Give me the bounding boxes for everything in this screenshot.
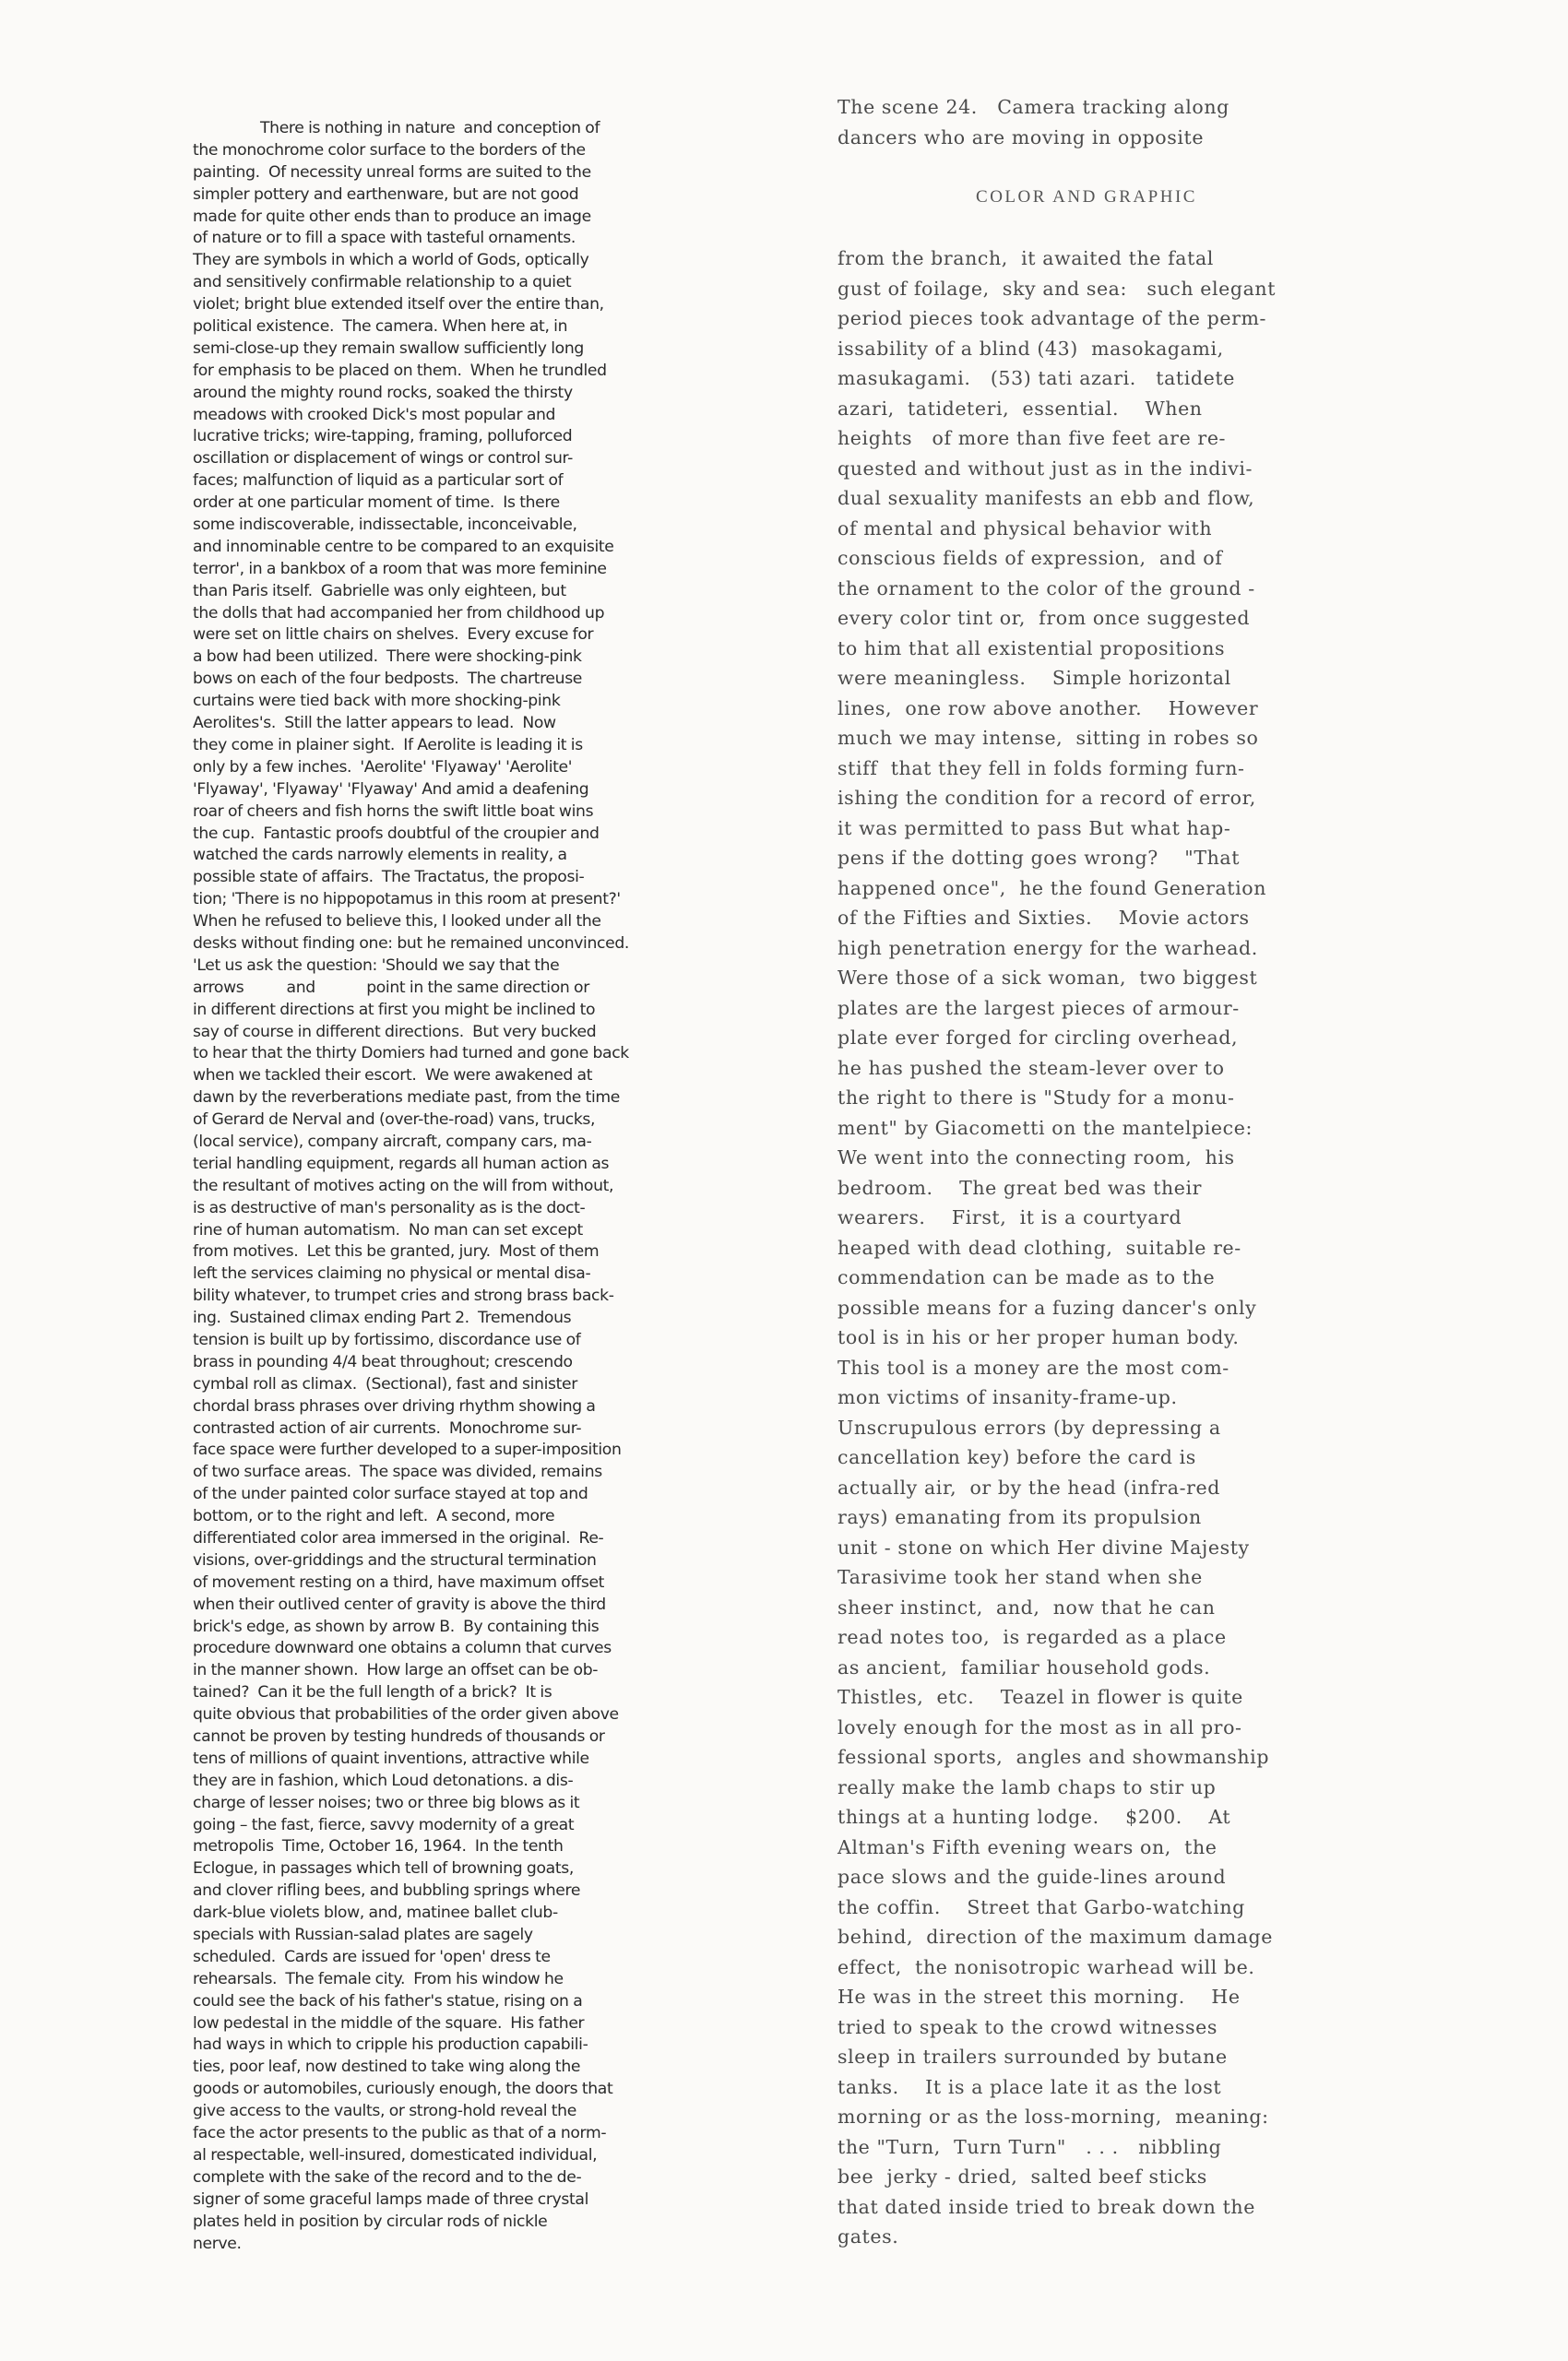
text-line: gates. bbox=[837, 2222, 1354, 2252]
text-line: Tarasivime took her stand when she bbox=[837, 1562, 1354, 1593]
text-line: he has pushed the steam-lever over to bbox=[837, 1053, 1354, 1084]
text-line: tained? Can it be the full length of a b… bbox=[193, 1682, 709, 1704]
text-line: rine of human automatism. No man can set… bbox=[193, 1220, 709, 1242]
text-line: from motives. Let this be granted, jury.… bbox=[193, 1241, 709, 1264]
text-line: ing. Sustained climax ending Part 2. Tre… bbox=[193, 1308, 709, 1330]
text-line: heaped with dead clothing, suitable re- bbox=[837, 1233, 1354, 1264]
text-line: the coffin. Street that Garbo-watching bbox=[837, 1892, 1354, 1923]
text-line: dual sexuality manifests an ebb and flow… bbox=[837, 483, 1354, 514]
text-line: sheer instinct, and, now that he can bbox=[837, 1593, 1354, 1623]
text-line: commendation can be made as to the bbox=[837, 1263, 1354, 1293]
text-line: watched the cards narrowly elements in r… bbox=[193, 845, 709, 867]
text-line: terial handling equipment, regards all h… bbox=[193, 1154, 709, 1176]
text-line: of nature or to fill a space with tastef… bbox=[193, 228, 709, 250]
text-line: When he refused to believe this, I looke… bbox=[193, 911, 709, 933]
text-line: terror', in a bankbox of a room that was… bbox=[193, 559, 709, 581]
text-line: face space were further developed to a s… bbox=[193, 1440, 709, 1462]
text-line: cannot be proven by testing hundreds of … bbox=[193, 1726, 709, 1749]
text-line: There is nothing in nature and conceptio… bbox=[193, 118, 709, 140]
text-line: cymbal roll as climax. (Sectional), fast… bbox=[193, 1374, 709, 1396]
text-line: azari, tatideteri, essential. When bbox=[837, 394, 1354, 424]
text-line: possible state of affairs. The Tractatus… bbox=[193, 867, 709, 889]
text-line: every color tint or, from once suggested bbox=[837, 603, 1354, 634]
text-line: issability of a blind (43) masokagami, bbox=[837, 334, 1354, 364]
text-line: tried to speak to the crowd witnesses bbox=[837, 2012, 1354, 2043]
text-line: in the manner shown. How large an offset… bbox=[193, 1660, 709, 1682]
text-line: of Gerard de Nerval and (over-the-road) … bbox=[193, 1109, 709, 1132]
text-line: it was permitted to pass But what hap- bbox=[837, 813, 1354, 844]
text-line: plates held in position by circular rods… bbox=[193, 2212, 709, 2234]
text-line: arrows and point in the same direction o… bbox=[193, 978, 709, 1000]
text-line: as ancient, familiar household gods. bbox=[837, 1653, 1354, 1683]
text-line: oscillation or displacement of wings or … bbox=[193, 448, 709, 470]
left-text-column: There is nothing in nature and conceptio… bbox=[193, 118, 709, 2255]
text-line: is as destructive of man's personality a… bbox=[193, 1198, 709, 1220]
text-line: of two surface areas. The space was divi… bbox=[193, 1462, 709, 1484]
text-line: from the branch, it awaited the fatal bbox=[837, 243, 1354, 274]
text-line: the "Turn, Turn Turn" . . . nibbling bbox=[837, 2132, 1354, 2163]
text-line: curtains were tied back with more shocki… bbox=[193, 691, 709, 713]
text-line: possible means for a fuzing dancer's onl… bbox=[837, 1293, 1354, 1323]
text-line: dark-blue violets blow, and, matinee bal… bbox=[193, 1903, 709, 1925]
text-line: brick's edge, as shown by arrow B. By co… bbox=[193, 1617, 709, 1639]
text-line: of movement resting on a third, have max… bbox=[193, 1572, 709, 1595]
text-line: happened once", he the found Generation bbox=[837, 873, 1354, 904]
text-line: to hear that the thirty Domiers had turn… bbox=[193, 1043, 709, 1065]
text-line: This tool is a money are the most com- bbox=[837, 1353, 1354, 1383]
text-line: ment" by Giacometti on the mantelpiece: bbox=[837, 1113, 1354, 1144]
text-line: painting. Of necessity unreal forms are … bbox=[193, 162, 709, 184]
text-line: and clover rifling bees, and bubbling sp… bbox=[193, 1880, 709, 1903]
text-line: dancers who are moving in opposite bbox=[837, 123, 1354, 153]
text-line: actually air, or by the head (infra-red bbox=[837, 1473, 1354, 1503]
right-intro-paragraph: The scene 24. Camera tracking alongdance… bbox=[837, 92, 1354, 152]
text-line: face the actor presents to the public as… bbox=[193, 2123, 709, 2145]
text-line: say of course in different directions. B… bbox=[193, 1022, 709, 1044]
text-line: of the Fifties and Sixties. Movie actors bbox=[837, 903, 1354, 933]
text-line: the right to there is "Study for a monu- bbox=[837, 1083, 1354, 1113]
text-line: were meaningless. Simple horizontal bbox=[837, 663, 1354, 694]
text-line: left the services claiming no physical o… bbox=[193, 1264, 709, 1286]
text-line: than Paris itself. Gabrielle was only ei… bbox=[193, 581, 709, 603]
text-line: 'Flyaway', 'Flyaway' 'Flyaway' And amid … bbox=[193, 779, 709, 801]
text-line: bottom, or to the right and left. A seco… bbox=[193, 1506, 709, 1528]
text-line: morning or as the loss-morning, meaning: bbox=[837, 2102, 1354, 2132]
text-line: sleep in trailers surrounded by butane bbox=[837, 2042, 1354, 2072]
text-line: the dolls that had accompanied her from … bbox=[193, 603, 709, 625]
text-line: and innominable centre to be compared to… bbox=[193, 537, 709, 559]
text-line: lucrative tricks; wire-tapping, framing,… bbox=[193, 426, 709, 448]
text-line: Thistles, etc. Teazel in flower is quite bbox=[837, 1682, 1354, 1713]
text-line: charge of lesser noises; two or three bi… bbox=[193, 1793, 709, 1815]
text-line: plate ever forged for circling overhead, bbox=[837, 1023, 1354, 1053]
text-line: brass in pounding 4/4 beat throughout; c… bbox=[193, 1352, 709, 1374]
section-heading: COLOR AND GRAPHIC bbox=[837, 183, 1336, 212]
text-line: complete with the sake of the record and… bbox=[193, 2167, 709, 2189]
text-line: tion; 'There is no hippopotamus in this … bbox=[193, 889, 709, 911]
text-line: order at one particular moment of time. … bbox=[193, 492, 709, 515]
text-line: really make the lamb chaps to stir up bbox=[837, 1773, 1354, 1803]
text-line: fessional sports, angles and showmanship bbox=[837, 1742, 1354, 1773]
text-line: 'Let us ask the question: 'Should we say… bbox=[193, 955, 709, 978]
text-line: lines, one row above another. However bbox=[837, 694, 1354, 724]
text-line: bee jerky - dried, salted beef sticks bbox=[837, 2162, 1354, 2192]
text-line: low pedestal in the middle of the square… bbox=[193, 2013, 709, 2035]
text-line: differentiated color area immersed in th… bbox=[193, 1528, 709, 1550]
text-line: heights of more than five feet are re- bbox=[837, 423, 1354, 454]
text-line: that dated inside tried to break down th… bbox=[837, 2192, 1354, 2223]
text-line: unit - stone on which Her divine Majesty bbox=[837, 1533, 1354, 1563]
right-body-paragraph: from the branch, it awaited the fatalgus… bbox=[837, 243, 1354, 2252]
text-line: plates are the largest pieces of armour- bbox=[837, 993, 1354, 1024]
text-line: desks without finding one: but he remain… bbox=[193, 933, 709, 955]
text-line: metropolis Time, October 16, 1964. In th… bbox=[193, 1836, 709, 1858]
text-line: stiff that they fell in folds forming fu… bbox=[837, 753, 1354, 784]
text-line: could see the back of his father's statu… bbox=[193, 1991, 709, 2013]
text-line: had ways in which to cripple his product… bbox=[193, 2035, 709, 2057]
text-line: tanks. It is a place late it as the lost bbox=[837, 2072, 1354, 2103]
text-line: tension is built up by fortissimo, disco… bbox=[193, 1330, 709, 1352]
text-line: bedroom. The great bed was their bbox=[837, 1173, 1354, 1204]
text-line: Aerolites's. Still the latter appears to… bbox=[193, 713, 709, 735]
text-line: rays) emanating from its propulsion bbox=[837, 1502, 1354, 1533]
right-text-column: The scene 24. Camera tracking alongdance… bbox=[837, 92, 1354, 2252]
text-line: He was in the street this morning. He bbox=[837, 1982, 1354, 2012]
text-line: dawn by the reverberations mediate past,… bbox=[193, 1087, 709, 1109]
text-line: procedure downward one obtains a column … bbox=[193, 1638, 709, 1660]
text-line: things at a hunting lodge. $200. At bbox=[837, 1802, 1354, 1833]
text-line: tool is in his or her proper human body. bbox=[837, 1323, 1354, 1353]
text-line: the resultant of motives acting on the w… bbox=[193, 1176, 709, 1198]
text-line: much we may intense, sitting in robes so bbox=[837, 723, 1354, 753]
text-line: pens if the dotting goes wrong? "That bbox=[837, 843, 1354, 873]
text-line: effect, the nonisotropic warhead will be… bbox=[837, 1952, 1354, 1983]
text-line: tens of millions of quaint inventions, a… bbox=[193, 1749, 709, 1771]
text-line: high penetration energy for the warhead. bbox=[837, 933, 1354, 964]
text-line: specials with Russian-salad plates are s… bbox=[193, 1925, 709, 1947]
text-line: the monochrome color surface to the bord… bbox=[193, 140, 709, 162]
text-line: to him that all existential propositions bbox=[837, 634, 1354, 664]
text-line: and sensitively confirmable relationship… bbox=[193, 272, 709, 294]
text-line: for emphasis to be placed on them. When … bbox=[193, 361, 709, 383]
text-line: goods or automobiles, curiously enough, … bbox=[193, 2079, 709, 2101]
text-line: only by a few inches. 'Aerolite' 'Flyawa… bbox=[193, 757, 709, 779]
text-line: the ornament to the color of the ground … bbox=[837, 574, 1354, 604]
text-line: ishing the condition for a record of err… bbox=[837, 783, 1354, 813]
text-line: going – the fast, fierce, savvy modernit… bbox=[193, 1815, 709, 1837]
text-line: made for quite other ends than to produc… bbox=[193, 207, 709, 229]
text-line: (local service), company aircraft, compa… bbox=[193, 1132, 709, 1154]
text-line: gust of foilage, sky and sea: such elega… bbox=[837, 274, 1354, 304]
text-line: They are symbols in which a world of God… bbox=[193, 250, 709, 272]
text-line: some indiscoverable, indissectable, inco… bbox=[193, 515, 709, 537]
text-line: the cup. Fantastic proofs doubtful of th… bbox=[193, 824, 709, 846]
text-line: contrasted action of air currents. Monoc… bbox=[193, 1418, 709, 1441]
text-line: bility whatever, to trumpet cries and st… bbox=[193, 1286, 709, 1308]
text-line: lovely enough for the most as in all pro… bbox=[837, 1713, 1354, 1743]
text-line: visions, over-griddings and the structur… bbox=[193, 1550, 709, 1572]
text-line: Eclogue, in passages which tell of brown… bbox=[193, 1858, 709, 1880]
text-line: when we tackled their escort. We were aw… bbox=[193, 1065, 709, 1087]
text-line: conscious fields of expression, and of bbox=[837, 543, 1354, 574]
text-line: roar of cheers and fish horns the swift … bbox=[193, 801, 709, 824]
text-line: when their outlived center of gravity is… bbox=[193, 1595, 709, 1617]
text-line: The scene 24. Camera tracking along bbox=[837, 92, 1354, 123]
text-line: around the mighty round rocks, soaked th… bbox=[193, 383, 709, 405]
text-line: al respectable, well-insured, domesticat… bbox=[193, 2145, 709, 2167]
text-line: they are in fashion, which Loud detonati… bbox=[193, 1771, 709, 1793]
text-line: period pieces took advantage of the perm… bbox=[837, 303, 1354, 334]
text-line: faces; malfunction of liquid as a partic… bbox=[193, 470, 709, 492]
text-line: of the under painted color surface staye… bbox=[193, 1484, 709, 1506]
text-line: scheduled. Cards are issued for 'open' d… bbox=[193, 1947, 709, 1969]
text-line: chordal brass phrases over driving rhyth… bbox=[193, 1396, 709, 1418]
text-line: of mental and physical behavior with bbox=[837, 514, 1354, 544]
text-line: quite obvious that probabilities of the … bbox=[193, 1704, 709, 1726]
text-line: they come in plainer sight. If Aerolite … bbox=[193, 735, 709, 757]
text-line: ties, poor leaf, now destined to take wi… bbox=[193, 2057, 709, 2079]
document-page: There is nothing in nature and conceptio… bbox=[0, 0, 1568, 2361]
text-line: nerve. bbox=[193, 2234, 709, 2256]
text-line: read notes too, is regarded as a place bbox=[837, 1622, 1354, 1653]
text-line: wearers. First, it is a courtyard bbox=[837, 1203, 1354, 1233]
text-line: rehearsals. The female city. From his wi… bbox=[193, 1969, 709, 1991]
text-line: cancellation key) before the card is bbox=[837, 1442, 1354, 1473]
text-line: pace slows and the guide-lines around bbox=[837, 1862, 1354, 1892]
text-line: violet; bright blue extended itself over… bbox=[193, 294, 709, 316]
text-line: in different directions at first you mig… bbox=[193, 1000, 709, 1022]
text-line: behind, direction of the maximum damage bbox=[837, 1922, 1354, 1952]
text-line: bows on each of the four bedposts. The c… bbox=[193, 669, 709, 691]
text-line: Unscrupulous errors (by depressing a bbox=[837, 1413, 1354, 1443]
text-line: quested and without just as in the indiv… bbox=[837, 454, 1354, 484]
text-line: Were those of a sick woman, two biggest bbox=[837, 963, 1354, 993]
text-line: were set on little chairs on shelves. Ev… bbox=[193, 624, 709, 647]
text-line: Altman's Fifth evening wears on, the bbox=[837, 1833, 1354, 1863]
text-line: a bow had been utilized. There were shoc… bbox=[193, 647, 709, 669]
text-line: simpler pottery and earthenware, but are… bbox=[193, 184, 709, 207]
text-line: give access to the vaults, or strong-hol… bbox=[193, 2101, 709, 2123]
text-line: political existence. The camera. When he… bbox=[193, 316, 709, 338]
text-line: signer of some graceful lamps made of th… bbox=[193, 2189, 709, 2212]
text-line: We went into the connecting room, his bbox=[837, 1143, 1354, 1173]
text-line: mon victims of insanity-frame-up. bbox=[837, 1382, 1354, 1413]
text-line: meadows with crooked Dick's most popular… bbox=[193, 405, 709, 427]
text-line: masukagami. (53) tati azari. tatidete bbox=[837, 363, 1354, 394]
text-line: semi-close-up they remain swallow suffic… bbox=[193, 338, 709, 361]
